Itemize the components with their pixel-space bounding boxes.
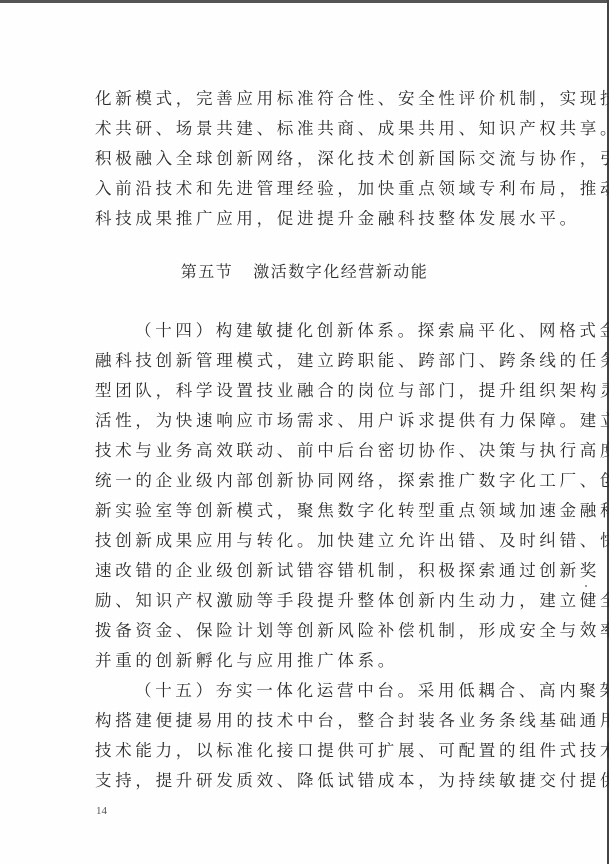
text-line: 技创新成果应用与转化。加快建立允许出错、及时纠错、快 bbox=[95, 526, 521, 556]
text-line: 术共研、场景共建、标准共商、成果共用、知识产权共享。 bbox=[95, 114, 521, 144]
text-line: （十五）夯实一体化运营中台。采用低耦合、高内聚架 bbox=[95, 676, 521, 706]
text-line: 化新模式，完善应用标准符合性、安全性评价机制，实现技 bbox=[95, 84, 521, 114]
paragraph-15: （十五）夯实一体化运营中台。采用低耦合、高内聚架 构搭建便捷易用的技术中台，整合… bbox=[95, 676, 521, 796]
scan-speck bbox=[584, 621, 586, 623]
page-number: 14 bbox=[96, 805, 107, 817]
text-line: 构搭建便捷易用的技术中台，整合封装各业务条线基础通用 bbox=[95, 706, 521, 736]
text-line: 技术能力，以标准化接口提供可扩展、可配置的组件式技术 bbox=[95, 736, 521, 766]
text-line: 速改错的企业级创新试错容错机制，积极探索通过创新奖 bbox=[95, 556, 521, 586]
paragraph-continued: 化新模式，完善应用标准符合性、安全性评价机制，实现技 术共研、场景共建、标准共商… bbox=[95, 84, 521, 234]
text-line: 型团队，科学设置技业融合的岗位与部门，提升组织架构灵 bbox=[95, 376, 521, 406]
text-line: 科技成果推广应用，促进提升金融科技整体发展水平。 bbox=[95, 204, 521, 234]
section-title: 激活数字化经营新动能 bbox=[253, 262, 428, 281]
text-line: 积极融入全球创新网络，深化技术创新国际交流与协作，引 bbox=[95, 144, 521, 174]
text-line: 活性，为快速响应市场需求、用户诉求提供有力保障。建立 bbox=[95, 406, 521, 436]
text-line: 支持，提升研发质效、降低试错成本，为持续敏捷交付提供 bbox=[95, 766, 521, 796]
text-line: 入前沿技术和先进管理经验，加快重点领域专利布局，推动 bbox=[95, 174, 521, 204]
text-line: 并重的创新孵化与应用推广体系。 bbox=[95, 646, 521, 676]
document-page: 化新模式，完善应用标准符合性、安全性评价机制，实现技 术共研、场景共建、标准共商… bbox=[0, 3, 607, 864]
section-heading: 第五节激活数字化经营新动能 bbox=[0, 259, 609, 282]
text-line: 新实验室等创新模式，聚焦数字化转型重点领域加速金融科 bbox=[95, 496, 521, 526]
text-line: （十四）构建敏捷化创新体系。探索扁平化、网格式金 bbox=[95, 316, 521, 346]
text-line: 拨备资金、保险计划等创新风险补偿机制，形成安全与效率 bbox=[95, 616, 521, 646]
paragraph-14: （十四）构建敏捷化创新体系。探索扁平化、网格式金 融科技创新管理模式，建立跨职能… bbox=[95, 316, 521, 676]
text-line: 励、知识产权激励等手段提升整体创新内生动力，建立健全 bbox=[95, 586, 521, 616]
section-number: 第五节 bbox=[181, 262, 234, 281]
text-line: 技术与业务高效联动、前中后台密切协作、决策与执行高度 bbox=[95, 436, 521, 466]
text-line: 统一的企业级内部创新协同网络，探索推广数字化工厂、创 bbox=[95, 466, 521, 496]
scan-speck bbox=[585, 585, 587, 587]
text-line: 融科技创新管理模式，建立跨职能、跨部门、跨条线的任务 bbox=[95, 346, 521, 376]
